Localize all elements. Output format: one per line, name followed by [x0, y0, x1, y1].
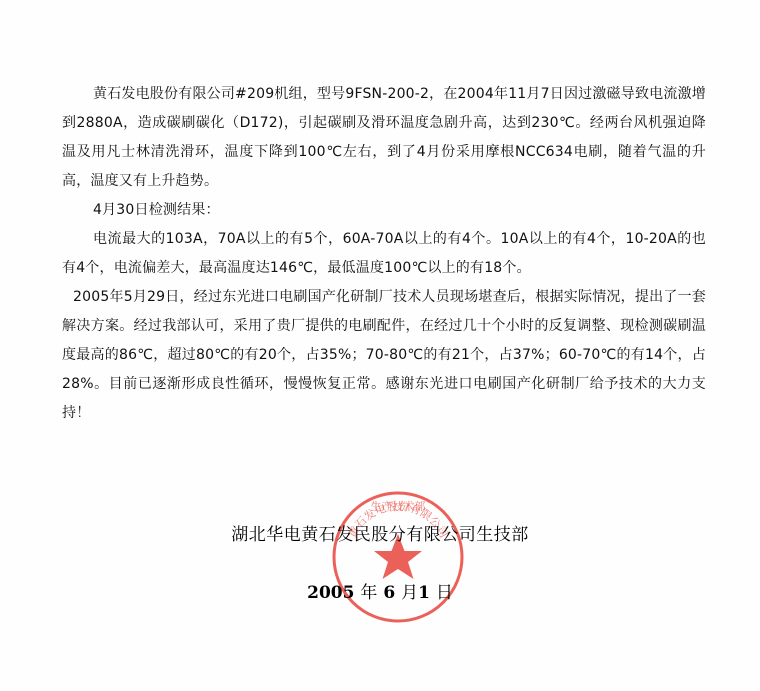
date-day-unit: 日 [436, 583, 453, 603]
document-body: 黄石发电股份有限公司#209机组，型号9FSN-200-2，在2004年11月7… [62, 80, 706, 428]
paragraph-test-heading: 4月30日检测结果： [62, 196, 706, 225]
date-day: 1 [418, 583, 430, 603]
paragraph-test-results: 电流最大的103A，70A以上的有5个，60A-70A以上的有4个。10A以上的… [62, 225, 706, 283]
signature-organization: 湖北华电黄石发民股分有限公司生技部 [0, 520, 760, 545]
date-month: 6 [383, 583, 395, 603]
svg-text:生产技术部: 生产技术部 [371, 499, 426, 513]
company-seal-icon: 黄石发电股份有限公司 生产技术部 [331, 490, 465, 624]
date-month-unit: 月 [401, 583, 418, 603]
document-page: 黄石发电股份有限公司#209机组，型号9FSN-200-2，在2004年11月7… [0, 0, 760, 691]
date-year-unit: 年 [360, 583, 377, 603]
paragraph-solution: 2005年5月29日，经过东光进口电刷国产化研制厂技术人员现场堪查后，根据实际情… [62, 283, 706, 428]
date-year: 2005 [307, 583, 354, 603]
paragraph-incident: 黄石发电股份有限公司#209机组，型号9FSN-200-2，在2004年11月7… [62, 80, 706, 196]
signature-date: 2005 年 6 月1 日 [0, 578, 760, 603]
